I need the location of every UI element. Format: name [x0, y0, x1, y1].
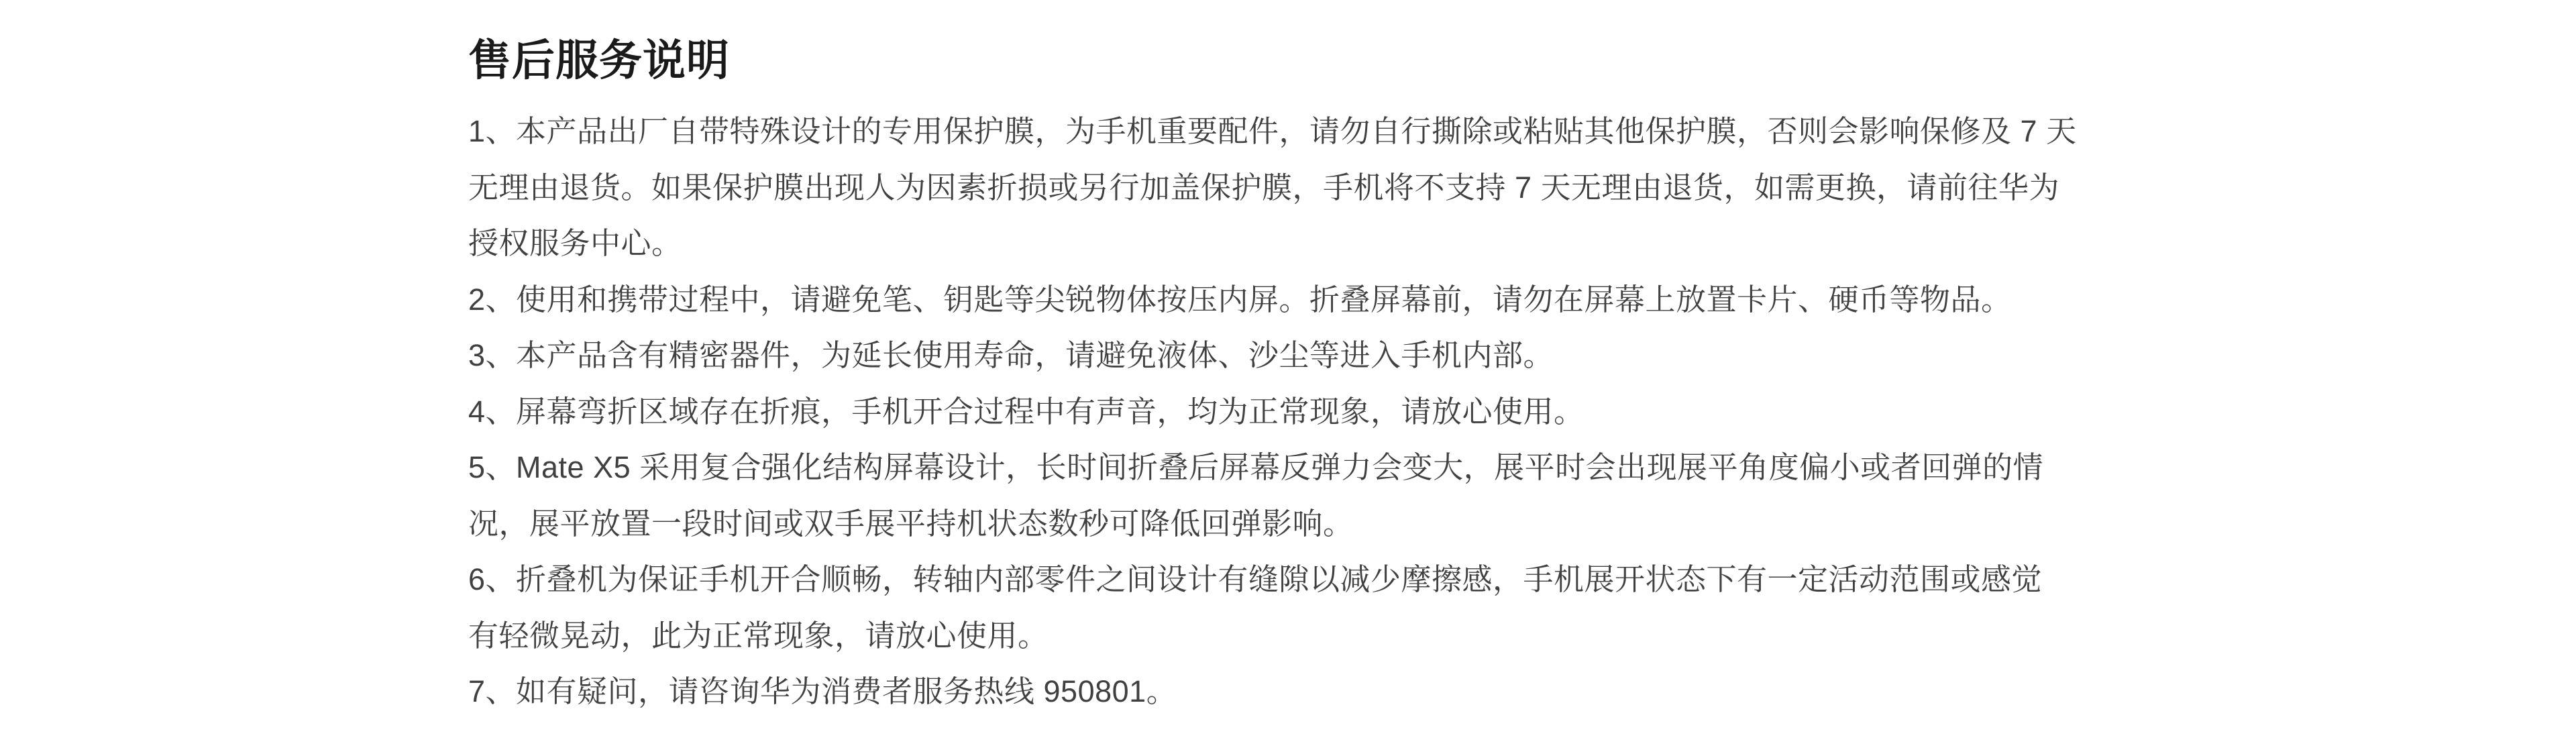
note-1-line-2: 无理由退货。如果保护膜出现人为因素折损或另行加盖保护膜，手机将不支持 7 天无理…: [468, 160, 2125, 216]
note-6-line-2: 有轻微晃动，此为正常现象，请放心使用。: [468, 608, 2125, 664]
note-7-line-1: 7、如有疑问，请咨询华为消费者服务热线 950801。: [468, 663, 2125, 720]
note-1-line-1: 1、本产品出厂自带特殊设计的专用保护膜，为手机重要配件，请勿自行撕除或粘贴其他保…: [468, 103, 2125, 160]
service-note-2: 2、使用和携带过程中，请避免笔、钥匙等尖锐物体按压内屏。折叠屏幕前，请勿在屏幕上…: [468, 272, 2125, 328]
note-2-line-1: 2、使用和携带过程中，请避免笔、钥匙等尖锐物体按压内屏。折叠屏幕前，请勿在屏幕上…: [468, 272, 2125, 328]
service-note-5: 5、Mate X5 采用复合强化结构屏幕设计，长时间折叠后屏幕反弹力会变大，展平…: [468, 439, 2125, 551]
section-title: 售后服务说明: [468, 34, 2125, 87]
service-note-6: 6、折叠机为保证手机开合顺畅，转轴内部零件之间设计有缝隙以减少摩擦感，手机展开状…: [468, 551, 2125, 663]
note-6-line-1: 6、折叠机为保证手机开合顺畅，转轴内部零件之间设计有缝隙以减少摩擦感，手机展开状…: [468, 551, 2125, 608]
service-note-7: 7、如有疑问，请咨询华为消费者服务热线 950801。: [468, 663, 2125, 720]
service-note-3: 3、本产品含有精密器件，为延长使用寿命，请避免液体、沙尘等进入手机内部。: [468, 327, 2125, 384]
note-5-line-1: 5、Mate X5 采用复合强化结构屏幕设计，长时间折叠后屏幕反弹力会变大，展平…: [468, 439, 2125, 496]
note-5-line-2: 况，展平放置一段时间或双手展平持机状态数秒可降低回弹影响。: [468, 496, 2125, 552]
service-notes-list: 1、本产品出厂自带特殊设计的专用保护膜，为手机重要配件，请勿自行撕除或粘贴其他保…: [468, 103, 2125, 720]
note-1-line-3: 授权服务中心。: [468, 215, 2125, 272]
text-content: 售后服务说明 1、本产品出厂自带特殊设计的专用保护膜，为手机重要配件，请勿自行撕…: [468, 34, 2125, 720]
service-note-1: 1、本产品出厂自带特殊设计的专用保护膜，为手机重要配件，请勿自行撕除或粘贴其他保…: [468, 103, 2125, 272]
service-note-4: 4、屏幕弯折区域存在折痕，手机开合过程中有声音，均为正常现象，请放心使用。: [468, 384, 2125, 440]
note-4-line-1: 4、屏幕弯折区域存在折痕，手机开合过程中有声音，均为正常现象，请放心使用。: [468, 384, 2125, 440]
after-sales-service-section: 售后服务说明 1、本产品出厂自带特殊设计的专用保护膜，为手机重要配件，请勿自行撕…: [0, 0, 2576, 752]
note-3-line-1: 3、本产品含有精密器件，为延长使用寿命，请避免液体、沙尘等进入手机内部。: [468, 327, 2125, 384]
